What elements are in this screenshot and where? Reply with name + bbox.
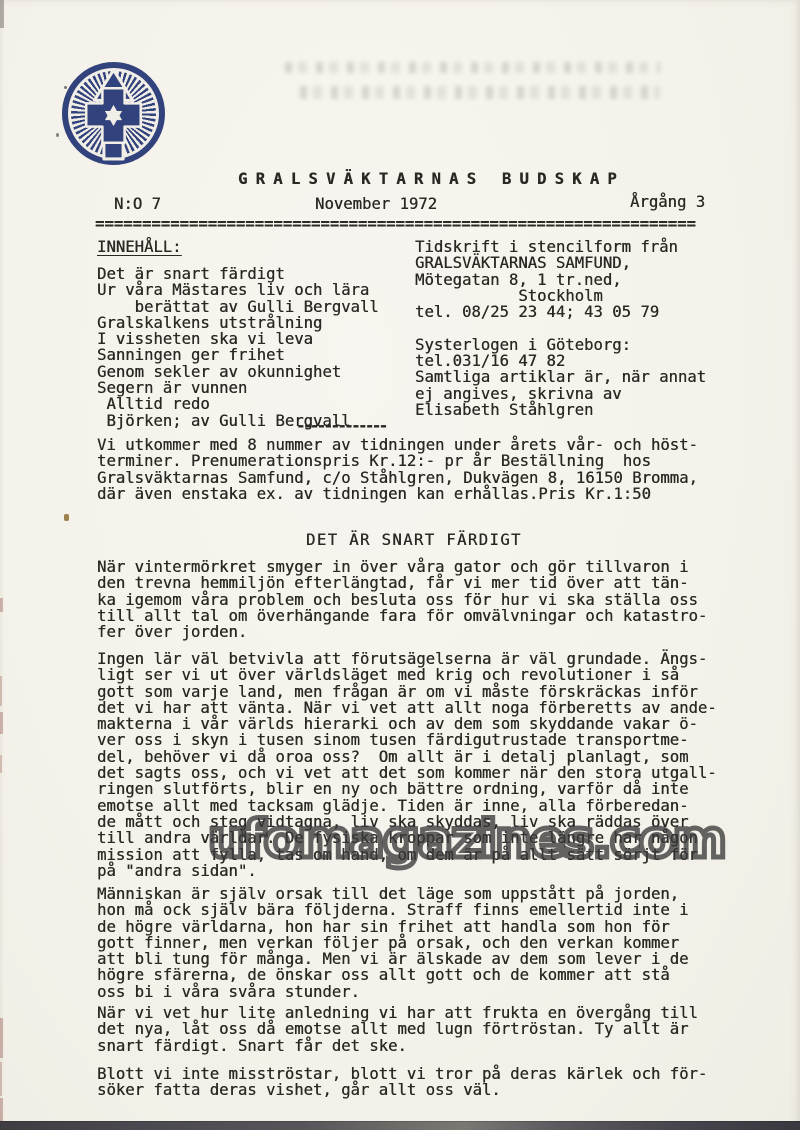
emblem-arrow-cross-star <box>62 62 165 165</box>
watermark-overlay: ufomagazines.com <box>208 814 725 866</box>
article-paragraph: När vi vet hur lite anledning vi har att… <box>97 1005 698 1054</box>
article-paragraph: Människan är själv orsak till det läge s… <box>97 886 688 1000</box>
contents-heading: INNEHÅLL: <box>97 239 182 255</box>
left-edge-scan-mark <box>0 755 2 773</box>
left-edge-scan-mark <box>0 598 3 612</box>
bottom-scan-shadow <box>0 1121 800 1130</box>
left-edge-scan-mark <box>0 676 2 706</box>
paper-speck <box>64 86 67 89</box>
article-paragraph: När vintermörkret smyger in över våra ga… <box>97 559 707 640</box>
left-edge-scan-mark <box>0 1018 3 1058</box>
separator-line: ========================================… <box>95 216 696 232</box>
imprint-block: Tidskrift i stencilform från GRALSVÄKTAR… <box>415 239 706 418</box>
article-heading: DET ÄR SNART FÄRDIGT <box>306 532 522 548</box>
volume-label: Årgång 3 <box>630 194 705 210</box>
article-paragraph: Blott vi inte misströstar, blott vi tror… <box>97 1066 707 1099</box>
paper-speck <box>64 514 69 521</box>
bleed-through-smudge <box>285 62 660 73</box>
contents-list: Det är snart färdigt Ur våra Mästares li… <box>97 266 379 429</box>
paper-speck <box>56 133 59 137</box>
gralsvaktarna-emblem-logo <box>62 62 165 165</box>
left-edge-scan-mark <box>0 0 4 28</box>
left-edge-scan-mark <box>0 712 3 734</box>
publication-title: GRALSVÄKTARNAS BUDSKAP <box>238 171 625 187</box>
left-edge-scan-mark <box>0 1062 2 1096</box>
divider-dashes: ------------- <box>296 418 386 434</box>
issue-date: November 1972 <box>315 196 437 212</box>
scanned-newsletter-page: GRALSVÄKTARNAS BUDSKAP N:O 7 November 19… <box>0 0 800 1130</box>
issue-number: N:O 7 <box>114 196 161 212</box>
subscription-note: Vi utkommer med 8 nummer av tidningen un… <box>97 437 698 502</box>
bleed-through-smudge <box>300 86 660 99</box>
